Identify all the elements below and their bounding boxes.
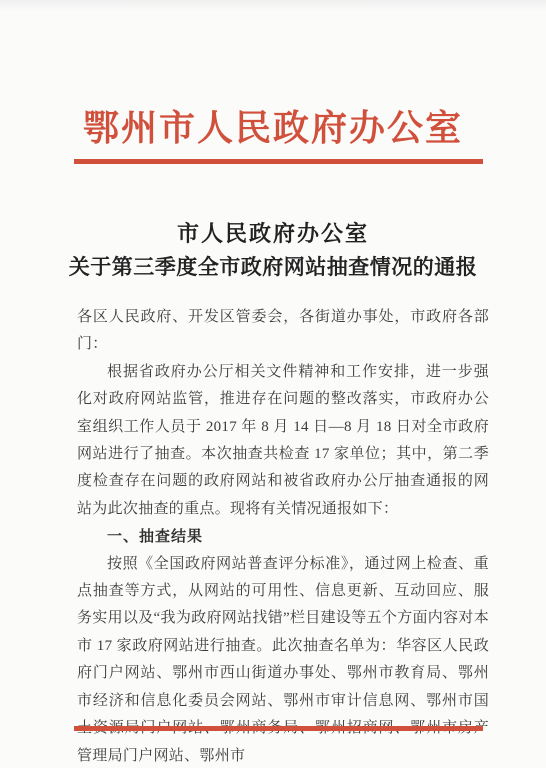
paragraph-inspection-results: 按照《全国政府网站普查评分标准》，通过网上检查、重点抽查等方式，从网站的可用性、… [77, 551, 489, 768]
document-title-line1: 市人民政府办公室 [0, 218, 546, 250]
masthead-divider-rule [74, 159, 483, 164]
document-page: 鄂州市人民政府办公室 市人民政府办公室 关于第三季度全市政府网站抽查情况的通报 … [0, 0, 546, 768]
document-title: 市人民政府办公室 关于第三季度全市政府网站抽查情况的通报 [0, 218, 546, 284]
document-body: 各区人民政府、开发区管委会，各街道办事处，市政府各部门： 根据省政府办公厅相关文… [77, 304, 489, 768]
scan-edge-shading [0, 0, 546, 10]
section-heading-inspection-results: 一、抽查结果 [77, 523, 489, 550]
salutation-line: 各区人民政府、开发区管委会，各街道办事处，市政府各部门： [77, 304, 489, 359]
paragraph-inspection-background: 根据省政府办公厅相关文件精神和工作安排，进一步强化对政府网站监管，推进存在问题的… [77, 359, 489, 523]
page-footer-rule [74, 726, 483, 731]
masthead-title: 鄂州市人民政府办公室 [0, 100, 546, 151]
document-title-line2: 关于第三季度全市政府网站抽查情况的通报 [0, 250, 546, 284]
